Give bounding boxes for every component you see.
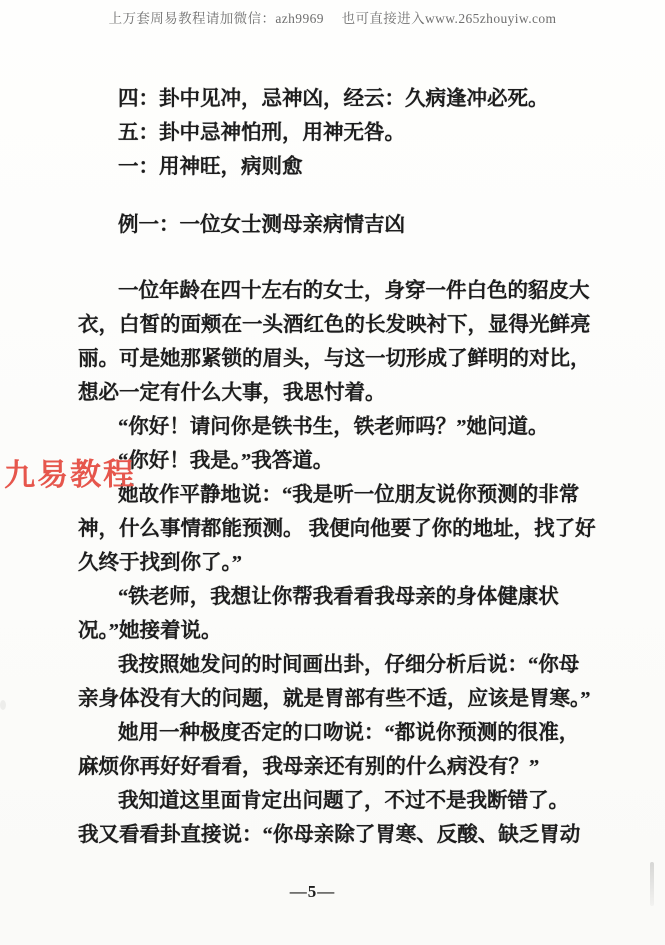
scan-artifact	[650, 862, 654, 906]
text-line: 丽。可是她那紧锁的眉头，与这一切形成了鲜明的对比，	[78, 342, 623, 376]
text-line: 久终于找到你了。”	[78, 546, 623, 580]
text-line: 她故作平静地说：“我是听一位朋友说你预测的非常	[78, 478, 623, 512]
text-line: 我知道这里面肯定出问题了，不过不是我断错了。	[78, 784, 623, 818]
text-line: 衣，白皙的面颊在一头酒红色的长发映衬下，显得光鲜亮	[78, 308, 623, 342]
text-line: 想必一定有什么大事，我思忖着。	[78, 376, 623, 410]
example-heading: 例一：一位女士测母亲病情吉凶	[78, 208, 623, 242]
text-line: “铁老师，我想让你帮我看看我母亲的身体健康状	[78, 580, 623, 614]
text-line: 况。”她接着说。	[78, 614, 623, 648]
text-line: 神，什么事情都能预测。 我便向他要了你的地址，找了好	[78, 512, 623, 546]
rule-line: 四：卦中见冲，忌神凶，经云：久病逢冲必死。	[78, 82, 623, 116]
rule-line: 五：卦中忌神怕刑，用神无咎。	[78, 116, 623, 150]
text-line: 她用一种极度否定的口吻说：“都说你预测的很准，	[78, 716, 623, 750]
scan-smudge	[0, 700, 6, 710]
text-line: 亲身体没有大的问题，就是胃部有些不适，应该是胃寒。”	[78, 682, 623, 716]
text-line: 一位年龄在四十左右的女士，身穿一件白色的貂皮大	[78, 274, 623, 308]
watermark-stamp: 九易教程	[4, 448, 136, 494]
page-number: —5—	[0, 882, 645, 902]
scanned-page: 上万套周易教程请加微信：azh9969 也可直接进入www.265zhouyiw…	[0, 0, 665, 945]
page-body-text: 四：卦中见冲，忌神凶，经云：久病逢冲必死。 五：卦中忌神怕刑，用神无咎。 一：用…	[78, 82, 623, 852]
text-line: 我按照她发问的时间画出卦，仔细分析后说：“你母	[78, 648, 623, 682]
text-line: “你好！请问你是铁书生，铁老师吗？”她问道。	[78, 410, 623, 444]
header-promo-text: 上万套周易教程请加微信：azh9969 也可直接进入www.265zhouyiw…	[0, 7, 665, 27]
text-line: 麻烦你再好好看看，我母亲还有别的什么病没有？”	[78, 750, 623, 784]
rule-line: 一：用神旺，病则愈	[78, 150, 623, 184]
text-line: “你好！我是。”我答道。	[78, 444, 623, 478]
text-line: 我又看看卦直接说：“你母亲除了胃寒、反酸、缺乏胃动	[78, 818, 623, 852]
